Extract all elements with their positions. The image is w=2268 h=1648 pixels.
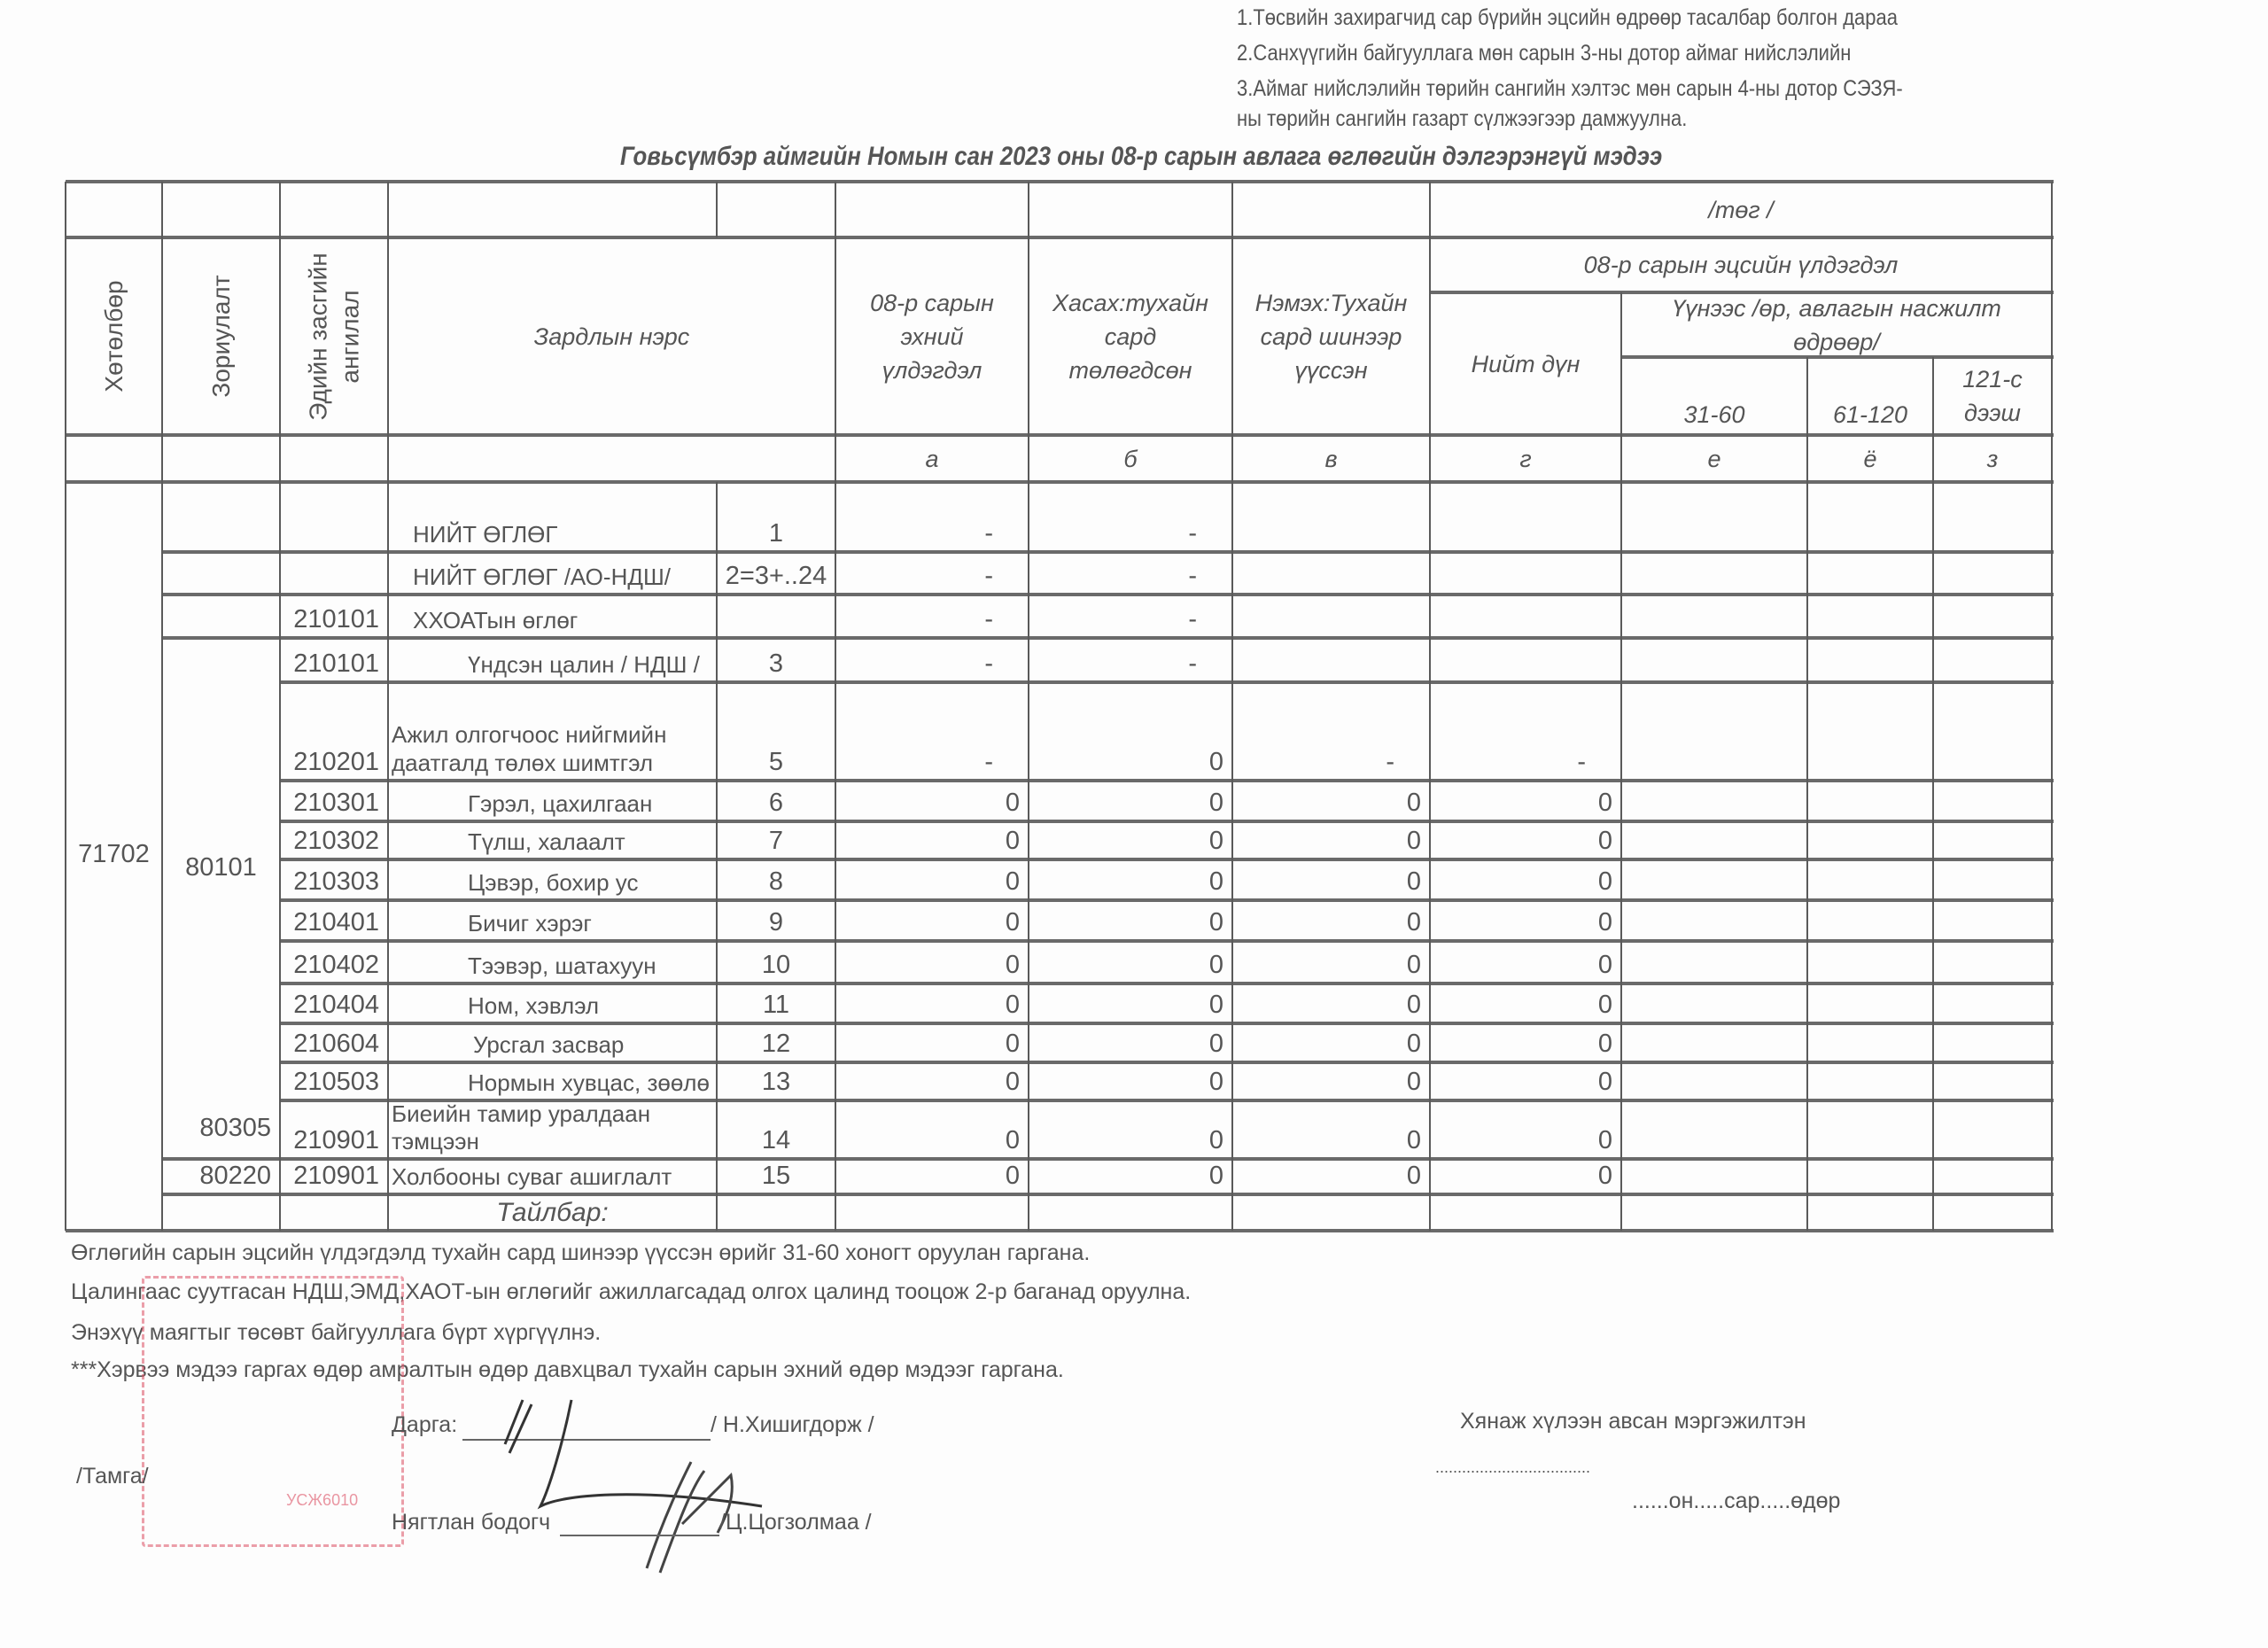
value-cell: - — [835, 482, 1029, 552]
seal-label: /Тамга/ — [76, 1464, 149, 1489]
line-number: 11 — [717, 983, 835, 1023]
expense-name: Түлш, халаалт — [388, 821, 717, 859]
column-letter: ё — [1807, 435, 1933, 482]
line-number: 1 — [717, 482, 835, 552]
grid-line — [1932, 435, 1934, 1231]
econ-code: 210901 — [280, 1159, 388, 1194]
purpose-group-code: 80101 — [162, 638, 280, 1100]
reviewer-label: Хянаж хүлээн авсан мэргэжилтэн — [1460, 1409, 1806, 1434]
value-cell: 0 — [1232, 941, 1430, 983]
value-cell: 0 — [835, 941, 1029, 983]
grid-line — [1231, 182, 1233, 237]
line-number: 2=3+..24 — [717, 552, 835, 595]
line-number: 12 — [717, 1023, 835, 1062]
value-cell: - — [1430, 682, 1621, 781]
line-number: 15 — [717, 1159, 835, 1194]
column-letter: г — [1430, 435, 1621, 482]
expense-name: Гэрэл, цахилгаан — [388, 781, 717, 821]
econ-code: 210301 — [280, 781, 388, 821]
value-cell: 0 — [1430, 859, 1621, 900]
grid-line — [66, 1229, 2054, 1232]
value-cell: - — [1029, 595, 1232, 638]
econ-code: 210101 — [280, 638, 388, 682]
line-number: 13 — [717, 1062, 835, 1100]
value-cell: 0 — [1430, 900, 1621, 941]
value-cell: 0 — [1232, 983, 1430, 1023]
econ-code: 210302 — [280, 821, 388, 859]
header-opening: 08-р сарын эхний үлдэгдэл — [835, 237, 1029, 435]
value-cell: 0 — [1232, 900, 1430, 941]
expense-name: Бичиг хэрэг — [388, 900, 717, 941]
econ-code: 210402 — [280, 941, 388, 983]
value-cell: 0 — [1232, 1023, 1430, 1062]
column-letter: в — [1232, 435, 1430, 482]
date-line: ......он.....сар.....өдөр — [1632, 1489, 1840, 1514]
grid-line — [161, 182, 163, 237]
director-label: Дарга: — [392, 1412, 457, 1438]
value-cell: 0 — [1029, 821, 1232, 859]
purpose-code: 80305 — [162, 1100, 280, 1159]
value-cell: 0 — [835, 859, 1029, 900]
header-new: Нэмэх:Тухайн сард шинээр үүссэн — [1232, 237, 1430, 435]
econ-code: 210303 — [280, 859, 388, 900]
expense-name: Ном, хэвлэл — [388, 983, 717, 1023]
reviewer-signature-dots: ................................... — [1435, 1458, 1590, 1477]
value-cell: 0 — [1430, 1100, 1621, 1159]
report-title: Говьсүмбэр аймгийн Номын сан 2023 оны 08… — [87, 142, 2038, 172]
grid-line — [1806, 435, 1808, 1231]
line-number: 7 — [717, 821, 835, 859]
header-paid: Хасах:тухайн сард төлөгдсөн — [1029, 237, 1232, 435]
value-cell: 0 — [1232, 821, 1430, 859]
grid-line — [835, 182, 836, 237]
accountant-label: Нягтлан бодогч — [392, 1510, 550, 1535]
header-age-61-120: 61-120 — [1807, 357, 1933, 435]
expense-name: Тээвэр, шатахуун — [388, 941, 717, 983]
header-closing-group: 08-р сарын эцсийн үлдэгдэл — [1430, 237, 2052, 292]
value-cell: 0 — [1232, 1100, 1430, 1159]
line-number: 5 — [717, 682, 835, 781]
value-cell: 0 — [1430, 983, 1621, 1023]
header-program: Хөтөлбөр — [66, 237, 162, 435]
value-cell: 0 — [1029, 900, 1232, 941]
line-number: 8 — [717, 859, 835, 900]
expense-name: ХХОАТын өглөг — [388, 595, 717, 638]
value-cell: - — [835, 682, 1029, 781]
econ-code: 210401 — [280, 900, 388, 941]
line-number: 10 — [717, 941, 835, 983]
value-cell: - — [835, 638, 1029, 682]
econ-code: 210604 — [280, 1023, 388, 1062]
expense-name: Цэвэр, бохир ус — [388, 859, 717, 900]
value-cell: 0 — [1029, 1062, 1232, 1100]
grid-line — [716, 182, 718, 237]
value-cell: 0 — [1029, 941, 1232, 983]
value-cell: 0 — [835, 821, 1029, 859]
accountant-sign-line — [560, 1535, 719, 1536]
unit-label: /төг / — [1430, 182, 2052, 237]
remark-label: Тайлбар: — [388, 1194, 717, 1231]
value-cell: 0 — [1430, 781, 1621, 821]
note-2: 2.Санхүүгийн байгууллага мөн сарын 3-ны … — [1237, 41, 1851, 66]
value-cell: - — [1232, 682, 1430, 781]
value-cell: - — [1029, 638, 1232, 682]
value-cell: 0 — [1232, 1159, 1430, 1194]
expense-name: Ажил олгогчоос нийгмийн даатгалд төлөх ш… — [388, 682, 717, 781]
value-cell: 0 — [835, 1062, 1029, 1100]
note-1: 1.Төсвийн захирагчид сар бүрийн эцсийн ө… — [1237, 5, 1898, 31]
grid-line — [387, 182, 389, 237]
column-letter: б — [1029, 435, 1232, 482]
value-cell: 0 — [1029, 781, 1232, 821]
value-cell: 0 — [1430, 1062, 1621, 1100]
econ-code: 210901 — [280, 1100, 388, 1159]
line-number: 14 — [717, 1100, 835, 1159]
value-cell: 0 — [835, 781, 1029, 821]
econ-code: 210503 — [280, 1062, 388, 1100]
econ-code: 210101 — [280, 595, 388, 638]
note-3: 3.Аймаг нийслэлийн төрийн сангийн хэлтэс… — [1237, 76, 1903, 102]
expense-name: Үндсэн цалин / НДШ / — [388, 638, 717, 682]
grid-line — [65, 182, 66, 237]
value-cell: 0 — [1029, 1023, 1232, 1062]
footnote-1: Өглөгийн сарын эцсийн үлдэгдэлд тухайн с… — [71, 1240, 1090, 1266]
value-cell: - — [835, 552, 1029, 595]
purpose-code: 80220 — [162, 1159, 280, 1194]
note-4: ны төрийн сангийн газарт сүлжээгээр дамж… — [1237, 106, 1687, 132]
official-stamp: УСЖ6010 — [142, 1276, 404, 1547]
line-number — [717, 595, 835, 638]
director-name: / Н.Хишигдорж / — [711, 1412, 874, 1438]
value-cell: 0 — [1029, 1159, 1232, 1194]
column-letter: з — [1933, 435, 2052, 482]
grid-line — [2051, 435, 2053, 1231]
value-cell: - — [835, 595, 1029, 638]
header-total: Нийт дүн — [1430, 292, 1621, 435]
expense-name: НИЙТ ӨГЛӨГ — [388, 482, 717, 552]
econ-code: 210201 — [280, 682, 388, 781]
line-number: 6 — [717, 781, 835, 821]
value-cell: 0 — [1430, 941, 1621, 983]
grid-line — [279, 182, 281, 237]
value-cell: 0 — [1029, 1100, 1232, 1159]
value-cell: 0 — [1232, 859, 1430, 900]
line-number: 3 — [717, 638, 835, 682]
value-cell: 0 — [1232, 1062, 1430, 1100]
expense-name: Холбооны суваг ашиглалт — [388, 1159, 717, 1194]
header-aging-group: Үүнээс /өр, авлагын насжилт өдрөөр/ — [1621, 292, 2052, 357]
value-cell: 0 — [1430, 1023, 1621, 1062]
value-cell: 0 — [835, 1159, 1029, 1194]
value-cell: 0 — [835, 983, 1029, 1023]
accountant-name: /Ц.Цогзолмаа / — [719, 1510, 872, 1535]
header-age-31-60: 31-60 — [1621, 357, 1807, 435]
expense-name: Урсгал засвар — [388, 1023, 717, 1062]
value-cell: 0 — [835, 1100, 1029, 1159]
value-cell: 0 — [1029, 859, 1232, 900]
line-number: 9 — [717, 900, 835, 941]
expense-name: Нормын хувцас, зөөлө — [388, 1062, 717, 1100]
column-letter: е — [1621, 435, 1807, 482]
value-cell: 0 — [835, 900, 1029, 941]
value-cell: - — [1029, 482, 1232, 552]
program-code: 71702 — [66, 482, 162, 1231]
value-cell: 0 — [1430, 821, 1621, 859]
econ-code: 210404 — [280, 983, 388, 1023]
column-letter: а — [835, 435, 1029, 482]
grid-line — [1028, 182, 1029, 237]
header-expense-name: Зардлын нэрс — [388, 237, 835, 435]
expense-name: НИЙТ ӨГЛӨГ /АО-НДШ/ — [388, 552, 717, 595]
header-purpose: Зориулалт — [162, 237, 280, 435]
value-cell: - — [1029, 552, 1232, 595]
value-cell: 0 — [1430, 1159, 1621, 1194]
value-cell: 0 — [1029, 682, 1232, 781]
header-econ-class: Эдийн засгийн ангилал — [280, 237, 388, 435]
header-age-121: 121-с дээш — [1933, 357, 2052, 435]
value-cell: 0 — [835, 1023, 1029, 1062]
value-cell: 0 — [1029, 983, 1232, 1023]
expense-name: Биеийн тамир уралдаан тэмцээн — [388, 1100, 717, 1159]
value-cell: 0 — [1232, 781, 1430, 821]
stamp-code: УСЖ6010 — [286, 1491, 358, 1510]
